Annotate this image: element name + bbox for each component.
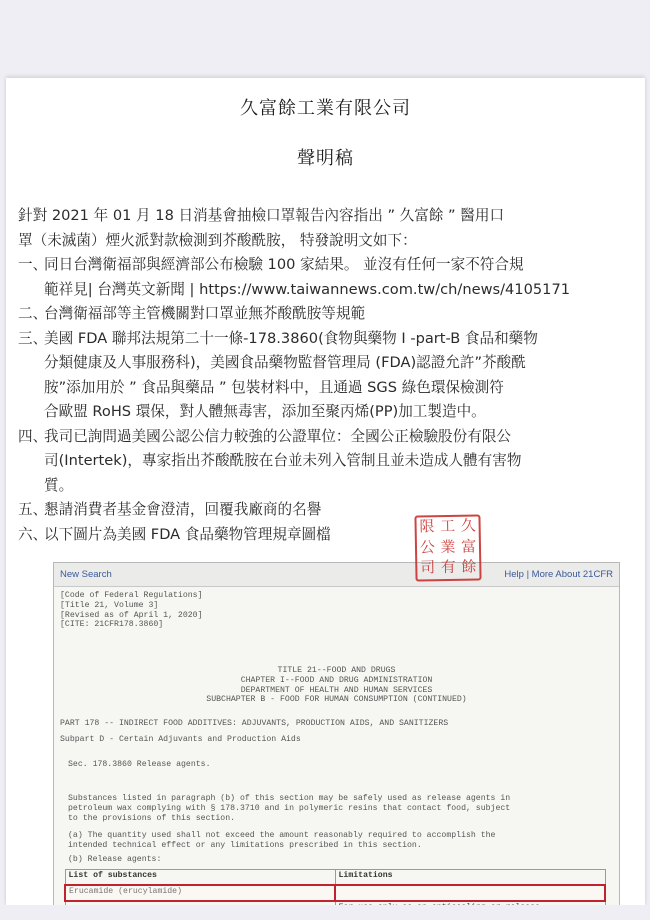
seal-char: 業 bbox=[437, 537, 458, 558]
cfr-subpart: Subpart D - Certain Adjuvants and Produc… bbox=[60, 735, 301, 745]
seal-char: 富 bbox=[458, 537, 479, 558]
cfr-citation-header: [Code of Federal Regulations] [Title 21,… bbox=[60, 591, 203, 630]
item-line: 合歐盟 RoHS 環保，對人體無毒害，添加至聚丙烯(PP)加工製造中。 bbox=[44, 400, 538, 425]
list-item: 一、 同日台灣衛福部與經濟部公布檢驗 100 家結果。 並沒有任何一家不符合規 … bbox=[18, 253, 618, 302]
list-item: 六、 以下圖片為美國 FDA 食品藥物管理規章圖檔 bbox=[18, 523, 618, 548]
seal-char: 司 bbox=[417, 559, 438, 580]
cfr-paragraph-a: (a) The quantity used shall not exceed t… bbox=[68, 831, 495, 851]
viewer-background bbox=[0, 905, 650, 920]
table-cell bbox=[335, 885, 605, 901]
item-number: 五、 bbox=[18, 498, 44, 523]
item-line: 懇請消費者基金會澄清，回覆我廠商的名譽 bbox=[44, 498, 321, 523]
seal-char: 有 bbox=[438, 558, 459, 579]
item-line: 質。 bbox=[44, 474, 521, 499]
item-line: 分類健康及人事服務科)，美國食品藥物監督管理局 (FDA)認證允許”芥酸酰 bbox=[44, 351, 538, 376]
table-cell: Erucamide (erucylamide) bbox=[65, 885, 335, 901]
item-line: 台灣衛福部等主管機關對口罩並無芥酸酰胺等規範 bbox=[44, 302, 365, 327]
intro-line: 針對 2021 年 01 月 18 日消基會抽檢口罩報告內容指出 ” 久富餘 ”… bbox=[18, 204, 618, 229]
item-number: 一、 bbox=[18, 253, 44, 302]
intro-line: 罩（未滅菌）煙火派對款檢測到芥酸酰胺， 特發說明文如下： bbox=[18, 229, 618, 254]
item-line: 以下圖片為美國 FDA 食品藥物管理規章圖檔 bbox=[44, 523, 331, 548]
cfr-part: PART 178 -- INDIRECT FOOD ADDITIVES: ADJ… bbox=[60, 719, 448, 729]
company-name: 久富餘工業有限公司 bbox=[6, 94, 645, 120]
cfr-regulation-screenshot: New Search Help | More About 21CFR [Code… bbox=[53, 562, 620, 905]
list-item: 四、 我司已詢問過美國公認公信力較強的公證單位：全國公正檢驗股份有限公 司(In… bbox=[18, 425, 618, 499]
item-line: 美國 FDA 聯邦法規第二十一條-178.3860(食物與藥物 I -part-… bbox=[44, 327, 538, 352]
item-text: 台灣衛福部等主管機關對口罩並無芥酸酰胺等規範 bbox=[44, 302, 365, 327]
item-text: 以下圖片為美國 FDA 食品藥物管理規章圖檔 bbox=[44, 523, 331, 548]
statement-document: 久富餘工業有限公司 聲明稿 針對 2021 年 01 月 18 日消基會抽檢口罩… bbox=[6, 78, 645, 905]
release-agents-table: List of substances Limitations Erucamide… bbox=[64, 869, 606, 905]
company-seal-stamp: 限 工 久 公 業 富 司 有 餘 bbox=[414, 514, 481, 581]
help-links[interactable]: Help | More About 21CFR bbox=[504, 569, 613, 580]
list-item: 二、 台灣衛福部等主管機關對口罩並無芥酸酰胺等規範 bbox=[18, 302, 618, 327]
item-text: 懇請消費者基金會澄清，回覆我廠商的名譽 bbox=[44, 498, 321, 523]
table-header-row: List of substances Limitations bbox=[65, 870, 605, 886]
item-line: 胺”添加用於 ” 食品與藥品 ” 包裝材料中，且通過 SGS 綠色環保檢測符 bbox=[44, 376, 538, 401]
list-item: 五、 懇請消費者基金會澄清，回覆我廠商的名譽 bbox=[18, 498, 618, 523]
cfr-section: Sec. 178.3860 Release agents. bbox=[68, 760, 211, 770]
seal-char: 工 bbox=[437, 517, 458, 538]
item-line-link[interactable]: 範祥見| 台灣英文新聞 | https://www.taiwannews.com… bbox=[44, 278, 570, 303]
item-number: 六、 bbox=[18, 523, 44, 548]
cfr-title-block: TITLE 21--FOOD AND DRUGS CHAPTER I--FOOD… bbox=[54, 666, 619, 705]
item-text: 美國 FDA 聯邦法規第二十一條-178.3860(食物與藥物 I -part-… bbox=[44, 327, 538, 425]
seal-char: 久 bbox=[458, 516, 479, 537]
item-number: 二、 bbox=[18, 302, 44, 327]
cfr-toolbar: New Search Help | More About 21CFR bbox=[54, 563, 619, 587]
item-text: 同日台灣衛福部與經濟部公布檢驗 100 家結果。 並沒有任何一家不符合規 範祥見… bbox=[44, 253, 570, 302]
seal-char: 餘 bbox=[459, 558, 480, 579]
statement-body: 針對 2021 年 01 月 18 日消基會抽檢口罩報告內容指出 ” 久富餘 ”… bbox=[18, 204, 618, 547]
new-search-link[interactable]: New Search bbox=[60, 569, 112, 580]
table-row-highlighted: Erucamide (erucylamide) bbox=[65, 885, 605, 901]
item-line: 我司已詢問過美國公認公信力較強的公證單位：全國公正檢驗股份有限公 bbox=[44, 425, 521, 450]
column-header: List of substances bbox=[65, 870, 335, 886]
seal-char: 限 bbox=[416, 517, 437, 538]
column-header: Limitations bbox=[335, 870, 605, 886]
item-text: 我司已詢問過美國公認公信力較強的公證單位：全國公正檢驗股份有限公 司(Inter… bbox=[44, 425, 521, 499]
document-title: 聲明稿 bbox=[6, 144, 645, 170]
item-number: 三、 bbox=[18, 327, 44, 425]
item-line: 同日台灣衛福部與經濟部公布檢驗 100 家結果。 並沒有任何一家不符合規 bbox=[44, 253, 570, 278]
cfr-substances-paragraph: Substances listed in paragraph (b) of th… bbox=[68, 794, 510, 823]
item-number: 四、 bbox=[18, 425, 44, 499]
list-item: 三、 美國 FDA 聯邦法規第二十一條-178.3860(食物與藥物 I -pa… bbox=[18, 327, 618, 425]
item-line: 司(Intertek)，專家指出芥酸酰胺在台並未列入管制且並未造成人體有害物 bbox=[44, 449, 521, 474]
seal-char: 公 bbox=[417, 538, 438, 559]
cfr-paragraph-b: (b) Release agents: bbox=[68, 855, 161, 865]
